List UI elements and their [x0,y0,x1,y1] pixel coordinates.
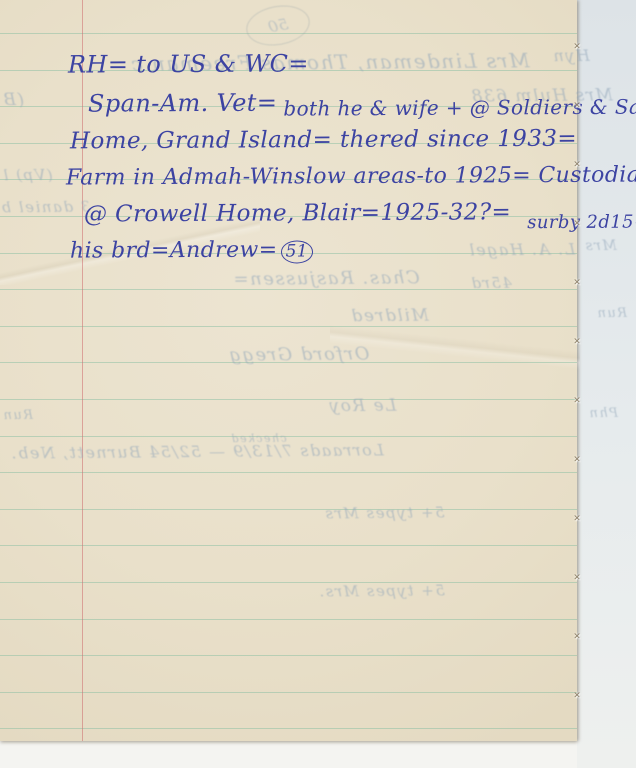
binding-stitch-icon: ✕ [566,160,588,170]
handwriting-line: @ Crowell Home, Blair=1925-32?=surby 2d1… [84,199,636,228]
handwriting-segment: Span-Am. Vet= [88,89,277,118]
circled-number: 51 [280,240,313,263]
binding-stitch-icon: ✕ [566,278,588,288]
binding-stitch-icon: ✕ [566,396,588,406]
handwriting-line: his brd=Andrew=51 [70,237,313,264]
binding-stitch-icon: ✕ [566,455,588,465]
binding-stitch-icon: ✕ [566,573,588,583]
binding-stitch-icon: ✕ [566,337,588,347]
binding-stitch-icon: ✕ [566,691,588,701]
rule-line [0,545,577,546]
binding-stitch-icon: ✕ [566,219,588,229]
rule-line [0,472,577,473]
handwriting-line: Span-Am. Vet=both he & wife + @ Soldiers… [88,86,636,117]
rule-line [0,619,577,620]
bleedthrough-page-number: 50 [243,1,313,51]
ghost-line: L. A. Hagel [468,240,576,260]
handwriting-segment: Home, Grand Island= thered since 1933= [70,126,577,155]
handwriting-segment: RH= to US & WC= [68,49,309,78]
handwriting-line: RH= to US & WC= [68,49,309,78]
margin-line [82,0,83,741]
ghost-line: Chas. Rasjussen= [232,267,420,290]
ghost-line: Orford Gregg [228,343,370,365]
ghost-line: Run [2,408,33,423]
handwriting-segment: @ Crowell Home, Blair=1925-32?= [84,199,511,227]
ghost-line: 5+ types Mrs [324,503,445,522]
ghost-line: Le Roy [328,396,397,417]
ghost-line: (B [2,90,24,110]
rule-line [0,728,577,729]
binding-stitch-icon: ✕ [566,514,588,524]
ghost-line: Lorraads 7/13/9 — 52/54 Burnett, Neb. [10,440,384,462]
bleedthrough-page-number-text: 50 [266,14,289,36]
ghost-line: (Vp) l [2,166,53,184]
ghost-line: Mrs [584,238,617,254]
rule-line [0,509,577,510]
binding-stitch-icon: ✕ [566,632,588,642]
handwriting-line: Farm in Admah-Winslow areas-to 1925= Cus… [66,162,636,190]
ghost-line: 3 daniel b [0,198,90,217]
handwriting-line: Home, Grand Island= thered since 1933= [70,126,577,155]
binding-stitch-icon: ✕ [566,42,588,52]
ghost-line: 45rd [470,274,512,292]
rule-line [0,326,577,327]
notebook-page: 50 Mrs Lindeman, Thomas Freeman cHynMrs … [0,0,577,741]
ghost-line: Run [596,306,627,321]
handwriting-segment: Farm in Admah-Winslow areas-to 1925= Cus… [66,162,636,190]
rule-line [0,692,577,693]
binding-stitch-icon: ✕ [566,101,588,111]
rule-line [0,655,577,656]
ghost-line: 5+ types Mrs. [318,581,445,600]
ghost-line: Phn [588,406,618,421]
rule-line [0,436,577,437]
handwriting-segment: his brd=Andrew= [70,238,278,264]
rule-line [0,582,577,583]
ghost-line: Mildred [350,306,429,327]
rule-line [0,399,577,400]
